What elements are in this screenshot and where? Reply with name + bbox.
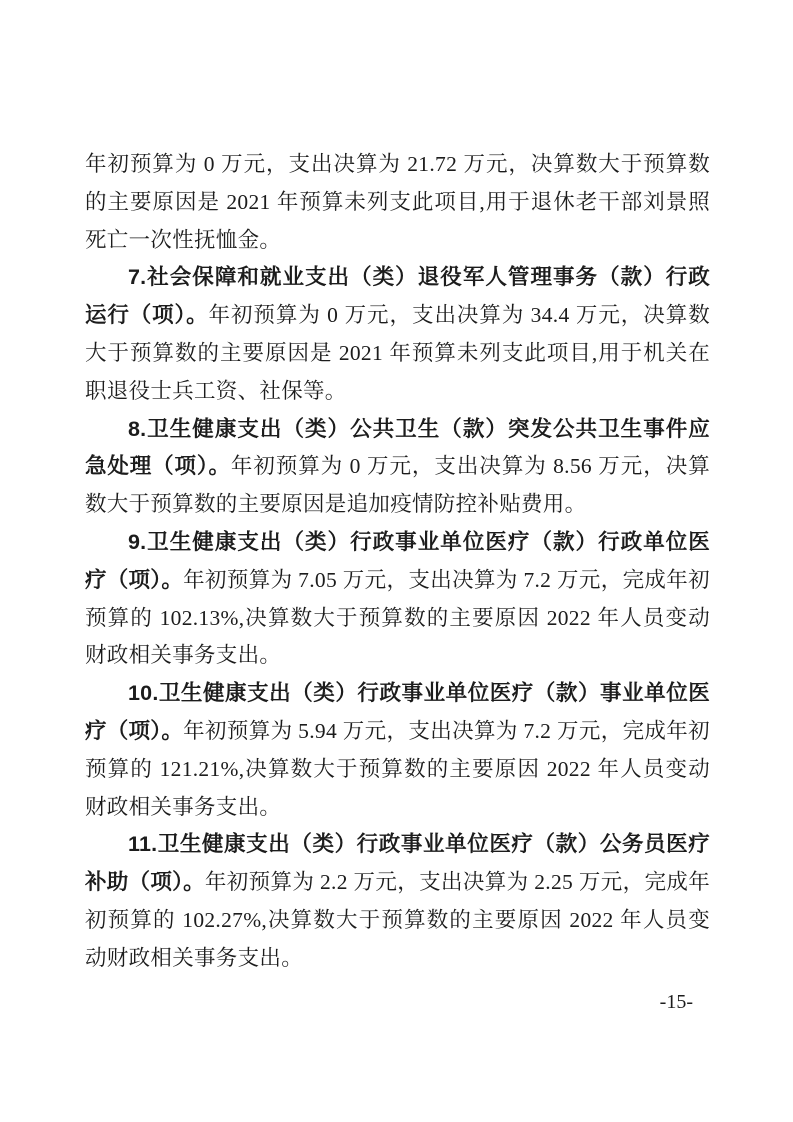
- paragraph-item-10: 10.卫生健康支出（类）行政事业单位医疗（款）事业单位医疗（项）。年初预算为 5…: [85, 675, 710, 826]
- document-page: 年初预算为 0 万元，支出决算为 21.72 万元，决算数大于预算数的主要原因是…: [0, 0, 793, 1122]
- text-block: 年初预算为 0 万元，支出决算为 21.72 万元，决算数大于预算数的主要原因是…: [85, 146, 710, 978]
- paragraph-continuation: 年初预算为 0 万元，支出决算为 21.72 万元，决算数大于预算数的主要原因是…: [85, 146, 710, 259]
- page-number: -15-: [660, 990, 693, 1014]
- paragraph-item-9: 9.卫生健康支出（类）行政事业单位医疗（款）行政单位医疗（项）。年初预算为 7.…: [85, 524, 710, 675]
- paragraph-text: 年初预算为 0 万元，支出决算为 21.72 万元，决算数大于预算数的主要原因是…: [85, 152, 710, 252]
- paragraph-item-7: 7.社会保障和就业支出（类）退役军人管理事务（款）行政运行（项）。年初预算为 0…: [85, 259, 710, 410]
- paragraph-item-8: 8.卫生健康支出（类）公共卫生（款）突发公共卫生事件应急处理（项）。年初预算为 …: [85, 411, 710, 524]
- paragraph-item-11: 11.卫生健康支出（类）行政事业单位医疗（款）公务员医疗补助（项）。年初预算为 …: [85, 826, 710, 977]
